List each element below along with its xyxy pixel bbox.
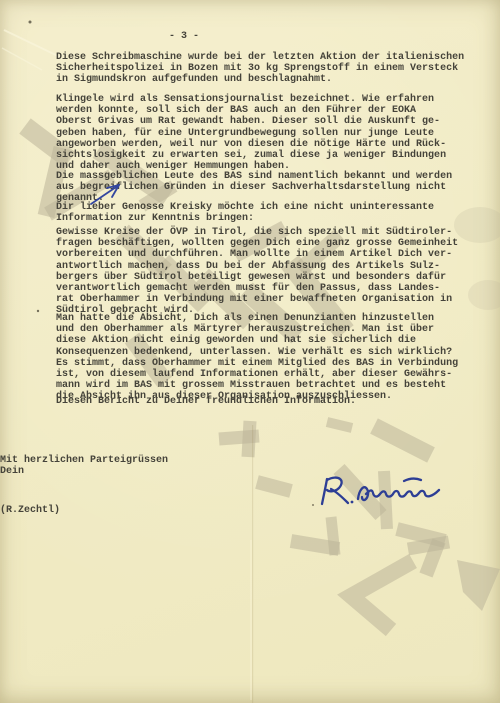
handwritten-signature bbox=[308, 470, 448, 514]
page-number: - 3 - bbox=[169, 31, 199, 42]
closing-salutation: Mit herzlichen Parteigrüssen bbox=[0, 455, 168, 466]
closing-dein: Dein bbox=[0, 466, 24, 477]
paragraph: Klingele wird als Sensationsjournalist b… bbox=[56, 94, 446, 172]
paragraph: Gewisse Kreise der ÖVP in Tirol, die sic… bbox=[56, 227, 458, 317]
arrow-annotation-icon bbox=[86, 180, 128, 208]
paragraph: Diesen Bericht zu Deiner freundlichen In… bbox=[56, 396, 356, 407]
paragraph: Man hatte die Absicht, Dich als einen De… bbox=[56, 313, 458, 403]
scanned-letter-page: - 3 - Diese Schreibmaschine wurde bei de… bbox=[0, 0, 500, 703]
paragraph: Diese Schreibmaschine wurde bei der letz… bbox=[56, 52, 464, 86]
typed-signature-name: (R.Zechtl) bbox=[0, 505, 60, 516]
